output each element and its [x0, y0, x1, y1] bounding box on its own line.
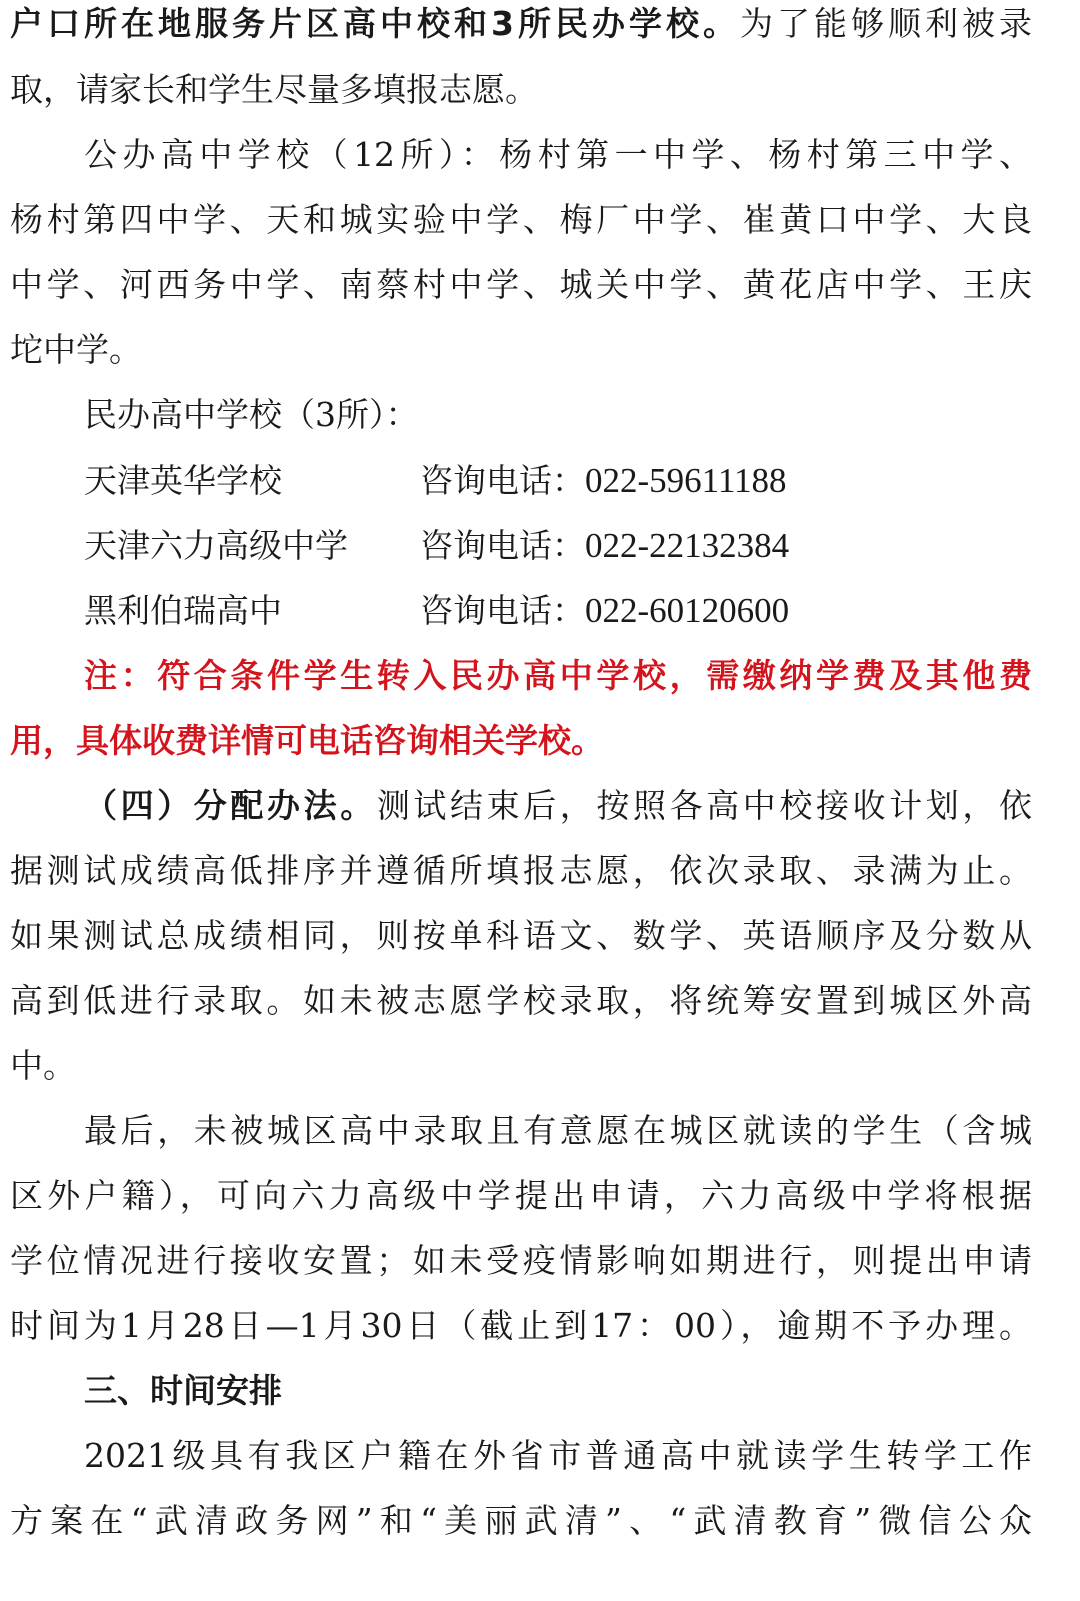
allocation-line-1: （四）分配办法。测试结束后，按照各高中校接收计划，依: [84, 778, 1032, 834]
document-page: 户口所在地服务片区高中校和3所民办学校。为了能够顺利被录 取，请家长和学生尽量多…: [0, 0, 1080, 1601]
section3-line-1: 2021级具有我区户籍在外省市普通高中就读学生转学工作: [84, 1428, 1032, 1484]
school-name: 天津英华学校: [84, 453, 420, 509]
phone-number: 022-59611188: [585, 453, 787, 509]
intro-text: 为了能够顺利被录: [740, 4, 1032, 43]
public-schools-line-4: 坨中学。: [10, 322, 1032, 378]
public-schools-line-3: 中学、河西务中学、南蔡村中学、城关中学、黄花店中学、王庆: [10, 257, 1032, 313]
fee-note-line-1: 注：符合条件学生转入民办高中学校，需缴纳学费及其他费: [84, 648, 1032, 704]
allocation-line-5: 中。: [10, 1038, 1032, 1094]
intro-line-1: 户口所在地服务片区高中校和3所民办学校。为了能够顺利被录: [10, 0, 1032, 52]
allocation-text: 测试结束后，按照各高中校接收计划，依: [377, 786, 1032, 825]
allocation-line-3: 如果测试总成绩相同，则按单科语文、数学、英语顺序及分数从: [10, 908, 1032, 964]
private-school-row: 黑利伯瑞高中咨询电话：022-60120600: [84, 583, 789, 639]
phone-number: 022-60120600: [585, 583, 789, 639]
public-schools-line-1: 公办高中学校（12所）：杨村第一中学、杨村第三中学、: [84, 127, 1032, 183]
phone-label: 咨询电话：: [420, 583, 585, 639]
finally-line-4: 时间为1月28日—1月30日（截止到17：00），逾期不予办理。: [10, 1298, 1032, 1354]
section-heading-time-schedule: 三、时间安排: [84, 1363, 1032, 1419]
fee-note-line-2: 用，具体收费详情可电话咨询相关学校。: [10, 713, 1032, 769]
finally-line-1: 最后，未被城区高中录取且有意愿在城区就读的学生（含城: [84, 1103, 1032, 1159]
section3-line-2: 方案在“武清政务网”和“美丽武清”、“武清教育”微信公众: [10, 1493, 1032, 1549]
finally-line-3: 学位情况进行接收安置；如未受疫情影响如期进行，则提出申请: [10, 1233, 1032, 1289]
public-schools-line-2: 杨村第四中学、天和城实验中学、梅厂中学、崔黄口中学、大良: [10, 192, 1032, 248]
finally-line-2: 区外户籍），可向六力高级中学提出申请，六力高级中学将根据: [10, 1168, 1032, 1224]
private-school-row: 天津英华学校咨询电话：022-59611188: [84, 453, 787, 509]
allocation-title: （四）分配办法。: [84, 786, 377, 825]
private-school-row: 天津六力高级中学咨询电话：022-22132384: [84, 518, 789, 574]
phone-label: 咨询电话：: [420, 453, 585, 509]
school-name: 黑利伯瑞高中: [84, 583, 420, 639]
private-schools-heading: 民办高中学校（3所）：: [84, 387, 1032, 443]
intro-line-2: 取，请家长和学生尽量多填报志愿。: [10, 62, 1032, 118]
allocation-line-4: 高到低进行录取。如未被志愿学校录取，将统筹安置到城区外高: [10, 973, 1032, 1029]
phone-number: 022-22132384: [585, 518, 789, 574]
phone-label: 咨询电话：: [420, 518, 585, 574]
intro-bold-text: 户口所在地服务片区高中校和3所民办学校。: [10, 4, 740, 43]
school-name: 天津六力高级中学: [84, 518, 420, 574]
allocation-line-2: 据测试成绩高低排序并遵循所填报志愿，依次录取、录满为止。: [10, 843, 1032, 899]
